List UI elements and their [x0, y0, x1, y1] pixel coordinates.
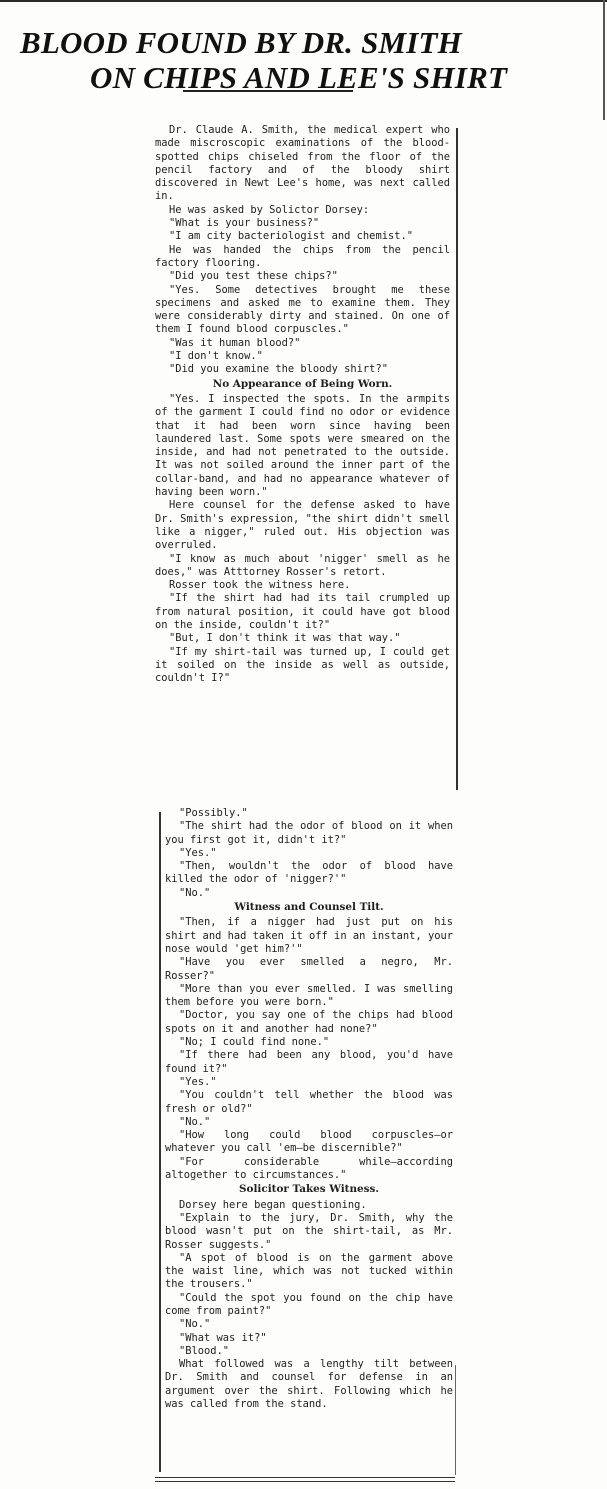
article-paragraph: "More than you ever smelled. I was smell…: [165, 983, 453, 1010]
article-paragraph: "What is your business?": [155, 217, 450, 230]
article-paragraph: He was handed the chips from the pencil …: [155, 244, 450, 271]
article-paragraph: "Doctor, you say one of the chips had bl…: [165, 1009, 453, 1036]
section-subhead: No Appearance of Being Worn.: [155, 378, 450, 391]
page-top-rule: [0, 0, 607, 2]
article-paragraph: "Possibly.": [165, 807, 453, 820]
article-paragraph: "Did you test these chips?": [155, 270, 450, 283]
article-paragraph: "No.": [165, 1318, 453, 1331]
article-paragraph: Dorsey here began questioning.: [165, 1199, 453, 1212]
article-paragraph: "Yes. I inspected the spots. In the armp…: [155, 393, 450, 499]
article-paragraph: "You couldn't tell whether the blood was…: [165, 1089, 453, 1116]
section-subhead: Solicitor Takes Witness.: [165, 1183, 453, 1196]
article-paragraph: "For considerable while—according altoge…: [165, 1156, 453, 1183]
article-paragraph: "Then, wouldn't the odor of blood have k…: [165, 860, 453, 887]
headline-rule: [183, 90, 353, 92]
column-2-right-rule: [455, 1365, 456, 1475]
article-paragraph: "The shirt had the odor of blood on it w…: [165, 820, 453, 847]
article-paragraph: "Yes.": [165, 1076, 453, 1089]
article-paragraph: Here counsel for the defense asked to ha…: [155, 499, 450, 552]
article-paragraph: Dr. Claude A. Smith, the medical expert …: [155, 124, 450, 204]
article-paragraph: "Yes.": [165, 847, 453, 860]
article-paragraph: "If my shirt-tail was turned up, I could…: [155, 646, 450, 686]
article-paragraph: "What was it?": [165, 1332, 453, 1345]
article-paragraph: "Blood.": [165, 1345, 453, 1358]
article-paragraph: "No.": [165, 1116, 453, 1129]
article-paragraph: "I know as much about 'nigger' smell as …: [155, 553, 450, 580]
column-1-right-rule: [456, 128, 458, 790]
article-paragraph: "Have you ever smelled a negro, Mr. Ross…: [165, 956, 453, 983]
article-column-2: "Possibly.""The shirt had the odor of bl…: [165, 807, 453, 1411]
article-paragraph: "I am city bacteriologist and chemist.": [155, 230, 450, 243]
article-paragraph: What followed was a lengthy tilt between…: [165, 1358, 453, 1411]
article-end-rule-double: [155, 1481, 455, 1482]
article-end-rule: [155, 1477, 455, 1478]
section-subhead: Witness and Counsel Tilt.: [165, 901, 453, 914]
article-paragraph: "Explain to the jury, Dr. Smith, why the…: [165, 1212, 453, 1252]
article-paragraph: Rosser took the witness here.: [155, 579, 450, 592]
article-paragraph: "I don't know.": [155, 350, 450, 363]
article-paragraph: "Did you examine the bloody shirt?": [155, 363, 450, 376]
article-paragraph: "No.": [165, 887, 453, 900]
article-paragraph: "A spot of blood is on the garment above…: [165, 1252, 453, 1292]
article-paragraph: "Was it human blood?": [155, 337, 450, 350]
article-paragraph: "But, I don't think it was that way.": [155, 632, 450, 645]
article-paragraph: "How long could blood corpuscles—or what…: [165, 1129, 453, 1156]
article-column-1: Dr. Claude A. Smith, the medical expert …: [155, 124, 450, 685]
article-paragraph: "Could the spot you found on the chip ha…: [165, 1292, 453, 1319]
article-paragraph: He was asked by Solictor Dorsey:: [155, 204, 450, 217]
article-paragraph: "Yes. Some detectives brought me these s…: [155, 284, 450, 337]
article-paragraph: "If the shirt had had its tail crumpled …: [155, 592, 450, 632]
article-paragraph: "Then, if a nigger had just put on his s…: [165, 916, 453, 956]
headline-line-1: BLOOD FOUND BY DR. SMITH: [20, 25, 607, 60]
column-2-left-rule: [159, 812, 161, 1472]
article-paragraph: "If there had been any blood, you'd have…: [165, 1049, 453, 1076]
headline: BLOOD FOUND BY DR. SMITH ON CHIPS AND LE…: [20, 25, 607, 95]
article-paragraph: "No; I could find none.": [165, 1036, 453, 1049]
